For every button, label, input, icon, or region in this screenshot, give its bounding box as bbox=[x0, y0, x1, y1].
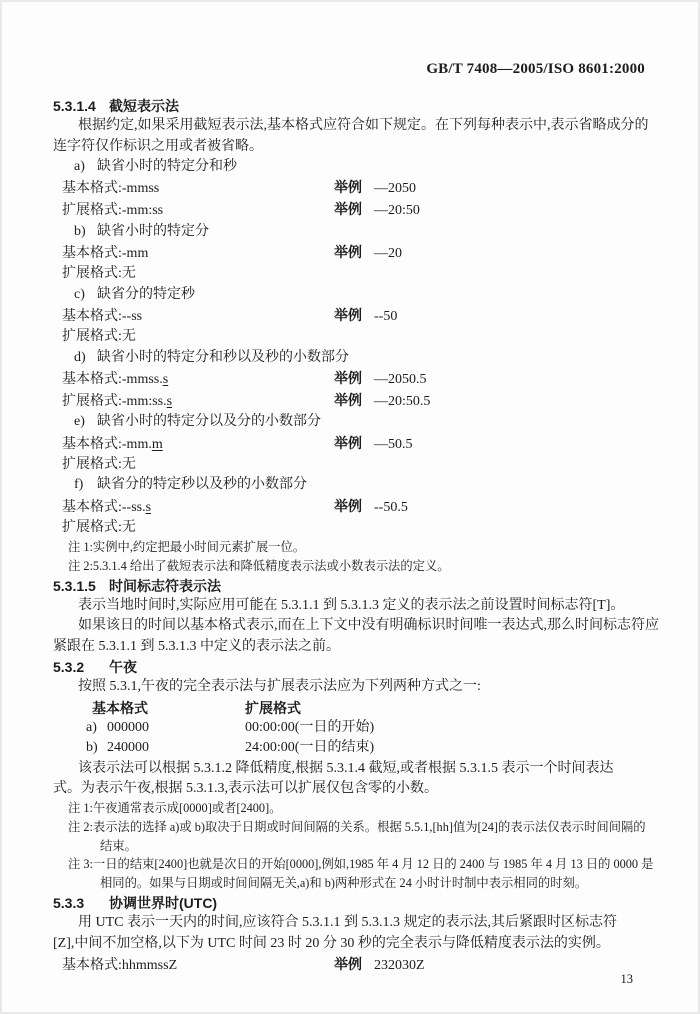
example-value: —20 bbox=[374, 246, 402, 261]
document-page: GB/T 7408—2005/ISO 8601:2000 5.3.1.4截短表示… bbox=[0, 0, 700, 1014]
example-value: —50.5 bbox=[374, 437, 413, 452]
paragraph-line: [Z],中间不加空格,以下为 UTC 时间 23 时 20 分 30 秒的完全表… bbox=[53, 934, 645, 954]
note-line: 注 2:5.3.1.4 给出了截短表示法和降低精度表示法或小数表示法的定义。 bbox=[53, 557, 645, 576]
format-text: 基本格式:-mm. bbox=[62, 437, 152, 452]
section-heading: 5.3.1.5时间标志符表示法 bbox=[53, 576, 645, 596]
item-title: 缺省小时的特定分 bbox=[97, 224, 209, 239]
example-label: 举例 bbox=[334, 498, 362, 514]
format-line: 扩展格式:无 bbox=[53, 327, 645, 347]
format-underline: s bbox=[167, 394, 172, 409]
format-line: 扩展格式:无 bbox=[53, 264, 645, 284]
section-number: 5.3.1.4 bbox=[53, 96, 109, 116]
section-title: 协调世界时(UTC) bbox=[109, 895, 217, 911]
example-value: --50.5 bbox=[374, 500, 408, 515]
example-label: 举例 bbox=[334, 435, 362, 451]
paragraph-line: 紧跟在 5.3.1.1 到 5.3.1.3 中定义的表示法之前。 bbox=[53, 637, 645, 657]
example-label: 举例 bbox=[334, 956, 362, 972]
section-heading: 5.3.2午夜 bbox=[53, 657, 645, 677]
format-underline: s bbox=[163, 372, 168, 387]
format-text: 基本格式:hhmmssZ bbox=[62, 958, 177, 973]
note-line: 注 1:实例中,约定把最小时间元素扩展一位。 bbox=[53, 538, 645, 557]
item-label: f) bbox=[74, 475, 97, 495]
format-line: 基本格式:-mm举例—20 bbox=[53, 242, 645, 264]
example-label: 举例 bbox=[334, 179, 362, 195]
section-truncated: 5.3.1.4截短表示法 根据约定,如果采用截短表示法,基本格式应符合如下规定。… bbox=[53, 96, 645, 576]
item-label: b) bbox=[74, 222, 97, 242]
row-label: b) bbox=[86, 738, 107, 758]
format-text: 扩展格式:无 bbox=[62, 520, 136, 535]
item-title: 缺省分的特定秒 bbox=[97, 287, 195, 302]
format-text: 基本格式:--ss. bbox=[62, 500, 146, 515]
paragraph-line: 该表示法可以根据 5.3.1.2 降低精度,根据 5.3.1.4 截短,或者根据… bbox=[53, 759, 645, 779]
format-line: 扩展格式:-mm:ss.s举例—20:50.5 bbox=[53, 390, 645, 412]
format-text: 基本格式:--ss bbox=[62, 309, 142, 324]
example-value: --50 bbox=[374, 309, 397, 324]
section-time-designator: 5.3.1.5时间标志符表示法 表示当地时间时,实际应用可能在 5.3.1.1 … bbox=[53, 576, 645, 657]
paragraph-line: 用 UTC 表示一天内的时间,应该符合 5.3.1.1 到 5.3.1.3 规定… bbox=[53, 913, 645, 933]
format-line: 基本格式:--ss举例--50 bbox=[53, 305, 645, 327]
format-text: 扩展格式:无 bbox=[62, 329, 136, 344]
column-header-basic: 基本格式 bbox=[92, 698, 245, 718]
note-line: 注 3:一日的结束[2400]也就是次日的开始[0000],例如,1985 年 … bbox=[53, 855, 645, 874]
section-number: 5.3.3 bbox=[53, 893, 109, 913]
extended-value: 00:00:00(一日的开始) bbox=[245, 720, 374, 735]
extended-value: 24:00:00(一日的结束) bbox=[245, 740, 374, 755]
item-label: a) bbox=[74, 157, 97, 177]
format-line: 基本格式:-mmss.s举例—2050.5 bbox=[53, 368, 645, 390]
format-underline: m bbox=[152, 437, 163, 452]
list-item: c)缺省分的特定秒 bbox=[53, 285, 645, 305]
paragraph-line: 式。为表示午夜,根据 5.3.1.3,表示法可以扩展仅包含零的小数。 bbox=[53, 779, 645, 799]
format-line: 基本格式:-mmss举例—2050 bbox=[53, 177, 645, 199]
example-label: 举例 bbox=[334, 307, 362, 323]
format-text: 扩展格式:-mm:ss. bbox=[62, 394, 167, 409]
section-number: 5.3.1.5 bbox=[53, 576, 109, 596]
format-text: 扩展格式:无 bbox=[62, 266, 136, 281]
list-item: f)缺省分的特定秒以及秒的小数部分 bbox=[53, 475, 645, 495]
example-label: 举例 bbox=[334, 244, 362, 260]
example-label: 举例 bbox=[334, 370, 362, 386]
format-underline: s bbox=[146, 500, 151, 515]
paragraph-line: 表示当地时间时,实际应用可能在 5.3.1.1 到 5.3.1.3 定义的表示法… bbox=[53, 596, 645, 616]
example-value: —20:50 bbox=[374, 203, 420, 218]
format-text: 基本格式:-mmss bbox=[62, 181, 159, 196]
item-title: 缺省小时的特定分以及分的小数部分 bbox=[97, 414, 321, 429]
basic-value: 240000 bbox=[107, 738, 245, 758]
section-title: 时间标志符表示法 bbox=[109, 578, 221, 594]
table-row: a)00000000:00:00(一日的开始) bbox=[53, 718, 645, 738]
item-label: d) bbox=[74, 348, 97, 368]
example-value: 232030Z bbox=[374, 958, 425, 973]
format-line: 扩展格式:无 bbox=[53, 455, 645, 475]
section-title: 截短表示法 bbox=[109, 98, 179, 114]
format-line: 基本格式:-mm.m举例—50.5 bbox=[53, 433, 645, 455]
list-item: e)缺省小时的特定分以及分的小数部分 bbox=[53, 412, 645, 432]
format-line: 基本格式:--ss.s举例--50.5 bbox=[53, 496, 645, 518]
item-title: 缺省小时的特定分和秒 bbox=[97, 159, 237, 174]
list-item: a)缺省小时的特定分和秒 bbox=[53, 157, 645, 177]
item-title: 缺省分的特定秒以及秒的小数部分 bbox=[97, 477, 307, 492]
format-text: 基本格式:-mm bbox=[62, 246, 148, 261]
example-value: —2050.5 bbox=[374, 372, 427, 387]
table-header-row: 基本格式扩展格式 bbox=[53, 698, 645, 718]
paragraph-line: 按照 5.3.1,午夜的完全表示法与扩展表示法应为下列两种方式之一: bbox=[53, 677, 645, 697]
paragraph-line: 连字符仅作标识之用或者被省略。 bbox=[53, 137, 645, 157]
note-line: 相同的。如果与日期或时间间隔无关,a)和 b)两种形式在 24 小时计时制中表示… bbox=[53, 874, 645, 893]
basic-value: 000000 bbox=[107, 718, 245, 738]
column-header-extended: 扩展格式 bbox=[245, 700, 301, 716]
format-line: 扩展格式:-mm:ss举例—20:50 bbox=[53, 199, 645, 221]
section-title: 午夜 bbox=[109, 659, 137, 675]
item-label: e) bbox=[74, 412, 97, 432]
paragraph-line: 根据约定,如果采用截短表示法,基本格式应符合如下规定。在下列每种表示中,表示省略… bbox=[53, 116, 645, 136]
section-number: 5.3.2 bbox=[53, 657, 109, 677]
note-line: 结束。 bbox=[53, 837, 645, 856]
section-heading: 5.3.1.4截短表示法 bbox=[53, 96, 645, 116]
format-text: 扩展格式:无 bbox=[62, 457, 136, 472]
table-row: b)24000024:00:00(一日的结束) bbox=[53, 738, 645, 758]
format-line: 扩展格式:无 bbox=[53, 518, 645, 538]
section-heading: 5.3.3协调世界时(UTC) bbox=[53, 893, 645, 913]
note-line: 注 2:表示法的选择 a)或 b)取决于日期或时间间隔的关系。根据 5.5.1,… bbox=[53, 818, 645, 837]
paragraph-line: 如果该日的时间以基本格式表示,而在上下文中没有明确标识时间唯一表达式,那么时间标… bbox=[53, 616, 645, 636]
standard-code-header: GB/T 7408—2005/ISO 8601:2000 bbox=[53, 60, 645, 78]
example-label: 举例 bbox=[334, 201, 362, 217]
example-value: —2050 bbox=[374, 181, 416, 196]
list-item: d)缺省小时的特定分和秒以及秒的小数部分 bbox=[53, 348, 645, 368]
item-label: c) bbox=[74, 285, 97, 305]
example-label: 举例 bbox=[334, 392, 362, 408]
list-item: b)缺省小时的特定分 bbox=[53, 222, 645, 242]
example-value: —20:50.5 bbox=[374, 394, 430, 409]
section-utc: 5.3.3协调世界时(UTC) 用 UTC 表示一天内的时间,应该符合 5.3.… bbox=[53, 893, 645, 976]
note-line: 注 1:午夜通常表示成[0000]或者[2400]。 bbox=[53, 799, 645, 818]
row-label: a) bbox=[86, 718, 107, 738]
item-title: 缺省小时的特定分和秒以及秒的小数部分 bbox=[97, 350, 349, 365]
section-midnight: 5.3.2午夜 按照 5.3.1,午夜的完全表示法与扩展表示法应为下列两种方式之… bbox=[53, 657, 645, 893]
format-text: 扩展格式:-mm:ss bbox=[62, 203, 163, 218]
format-text: 基本格式:-mmss. bbox=[62, 372, 163, 387]
